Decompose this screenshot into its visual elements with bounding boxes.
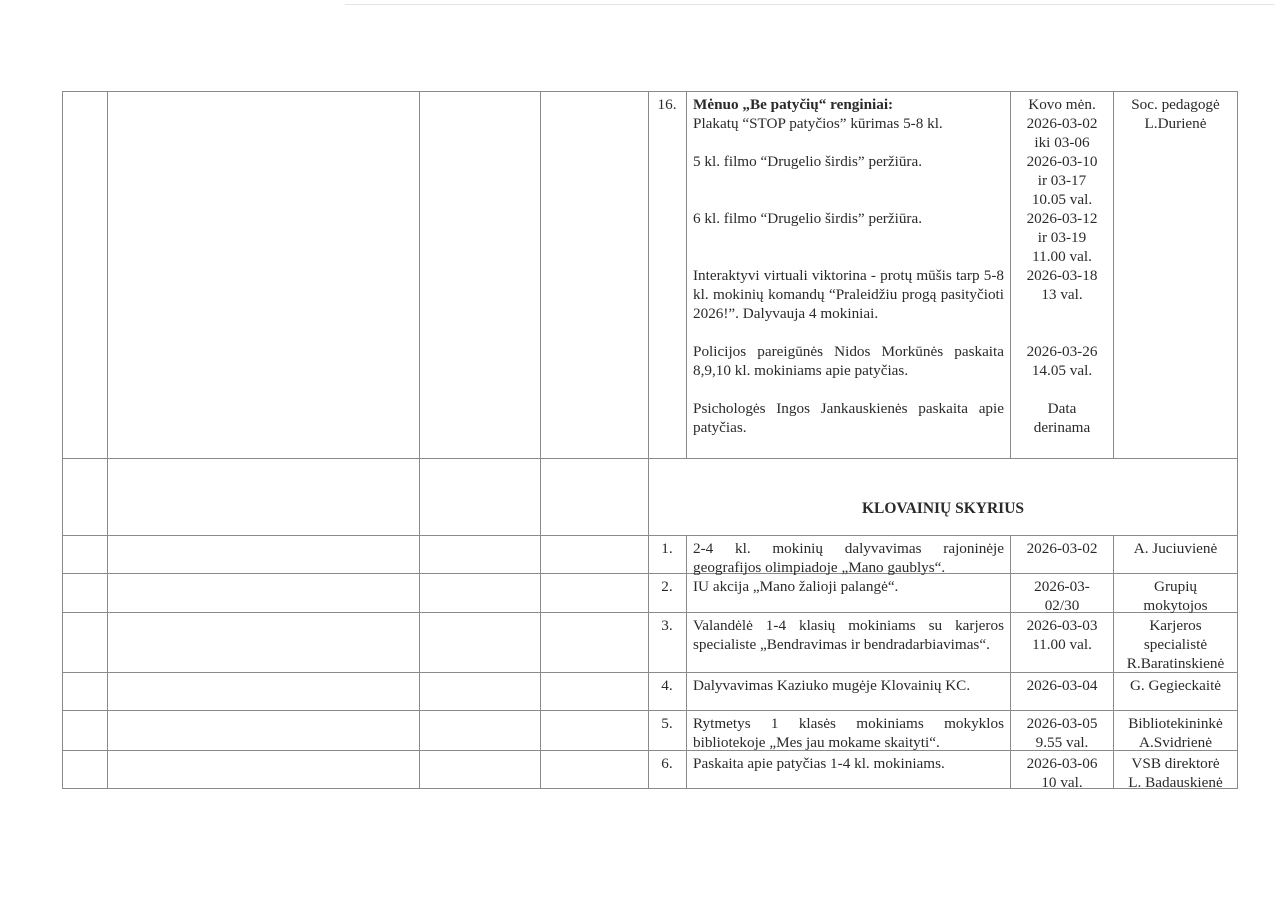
column-divider [419, 91, 420, 789]
date-line: 13 val. [1011, 285, 1113, 304]
date-line: 2026-03-03 [1011, 616, 1113, 635]
responsible-line: specialistė [1114, 635, 1237, 654]
date-cell: 2026-03-0610 val. [1011, 754, 1113, 792]
date-line: Kovo mėn. [1011, 95, 1113, 114]
column-divider [107, 91, 108, 789]
date-line: 2026-03- [1011, 577, 1113, 596]
row-number: 2. [648, 577, 686, 596]
activity-cell: IU akcija „Mano žalioji palangė“. [687, 577, 1010, 596]
activity-item: Policijos pareigūnės Nidos Morkūnės pask… [693, 342, 1004, 380]
date-line: 11.00 val. [1011, 635, 1113, 654]
date-cell: Kovo mėn. 2026-03-02 iki 03-06 2026-03-1… [1011, 95, 1113, 437]
row-number: 3. [648, 616, 686, 635]
date-cell: 2026-03-059.55 val. [1011, 714, 1113, 752]
responsible-line: G. Gegieckaitė [1114, 676, 1237, 695]
row-divider [62, 573, 1238, 574]
activity-item: Psichologės Ingos Jankauskienės paskaita… [693, 399, 1004, 437]
date-line: 11.00 val. [1011, 247, 1113, 266]
date-line: 10.05 val. [1011, 190, 1113, 209]
row-divider [62, 458, 1238, 459]
responsible-cell: G. Gegieckaitė [1114, 676, 1237, 695]
date-line: 10 val. [1011, 773, 1113, 792]
date-line: 2026-03-18 [1011, 266, 1113, 285]
table-border-left [62, 91, 63, 789]
date-line: 2026-03-05 [1011, 714, 1113, 733]
responsible-line: VSB direktorė [1114, 754, 1237, 773]
section-title: KLOVAINIŲ SKYRIUS [649, 499, 1237, 518]
responsible-cell: KarjerosspecialistėR.Baratinskienė [1114, 616, 1237, 673]
date-line: 9.55 val. [1011, 733, 1113, 752]
date-line: 02/30 [1011, 596, 1113, 615]
responsible-line: Karjeros [1114, 616, 1237, 635]
activity-item: 5 kl. filmo “Drugelio širdis” peržiūra. [693, 152, 1004, 171]
activity-cell: Mėnuo „Be patyčių“ renginiai: Plakatų “S… [687, 95, 1010, 437]
date-line: 2026-03-02 [1011, 539, 1113, 558]
responsible-cell: Soc. pedagogė L.Durienė [1114, 95, 1237, 133]
responsible-cell: Grupiųmokytojos [1114, 577, 1237, 615]
event-title: Mėnuo „Be patyčių“ renginiai: [693, 95, 1004, 114]
table-border-top [62, 91, 1238, 92]
date-line: 2026-03-10 [1011, 152, 1113, 171]
date-cell: 2026-03-02 [1011, 539, 1113, 558]
date-line: 2026-03-06 [1011, 754, 1113, 773]
responsible-line: L.Durienė [1114, 114, 1237, 133]
activity-table: 16. Mėnuo „Be patyčių“ renginiai: Plakat… [62, 91, 1238, 789]
responsible-cell: A. Juciuvienė [1114, 539, 1237, 558]
date-line: Data [1011, 399, 1113, 418]
date-line: 2026-03-26 [1011, 342, 1113, 361]
row-number: 1. [648, 539, 686, 558]
row-number: 16. [648, 95, 686, 114]
date-cell: 2026-03-04 [1011, 676, 1113, 695]
responsible-line: R.Baratinskienė [1114, 654, 1237, 673]
activity-cell: Dalyvavimas Kaziuko mugėje Klovainių KC. [687, 676, 1010, 695]
date-cell: 2026-03-0311.00 val. [1011, 616, 1113, 654]
date-line: ir 03-17 [1011, 171, 1113, 190]
date-line: 2026-03-04 [1011, 676, 1113, 695]
date-line: 2026-03-02 [1011, 114, 1113, 133]
responsible-line: L. Badauskienė [1114, 773, 1237, 792]
activity-cell: Rytmetys 1 klasės mokiniams mokyklos bib… [687, 714, 1010, 752]
table-border-right [1237, 91, 1238, 789]
column-divider [540, 91, 541, 789]
responsible-line: Soc. pedagogė [1114, 95, 1237, 114]
activity-cell: Paskaita apie patyčias 1-4 kl. mokiniams… [687, 754, 1010, 773]
activity-cell: Valandėlė 1-4 klasių mokiniams su karjer… [687, 616, 1010, 654]
activity-item: 6 kl. filmo “Drugelio širdis” peržiūra. [693, 209, 1004, 228]
row-divider [62, 672, 1238, 673]
row-number: 4. [648, 676, 686, 695]
responsible-line: mokytojos [1114, 596, 1237, 615]
activity-item: Plakatų “STOP patyčios” kūrimas 5-8 kl. [693, 114, 1004, 133]
responsible-cell: VSB direktorėL. Badauskienė [1114, 754, 1237, 792]
row-number: 5. [648, 714, 686, 733]
responsible-line: Bibliotekininkė [1114, 714, 1237, 733]
row-divider [62, 535, 1238, 536]
row-divider [62, 710, 1238, 711]
responsible-line: A.Svidrienė [1114, 733, 1237, 752]
date-line: 14.05 val. [1011, 361, 1113, 380]
responsible-line: Grupių [1114, 577, 1237, 596]
date-cell: 2026-03-02/30 [1011, 577, 1113, 615]
activity-cell: 2-4 kl. mokinių dalyvavimas rajoninėje g… [687, 539, 1010, 577]
responsible-line: A. Juciuvienė [1114, 539, 1237, 558]
date-line: iki 03-06 [1011, 133, 1113, 152]
date-line: 2026-03-12 [1011, 209, 1113, 228]
activity-item: Interaktyvi virtuali viktorina - protų m… [693, 266, 1004, 323]
responsible-cell: BibliotekininkėA.Svidrienė [1114, 714, 1237, 752]
scan-edge-line [345, 4, 1275, 5]
date-line: ir 03-19 [1011, 228, 1113, 247]
date-line: derinama [1011, 418, 1113, 437]
column-divider [1113, 91, 1114, 458]
row-number: 6. [648, 754, 686, 773]
